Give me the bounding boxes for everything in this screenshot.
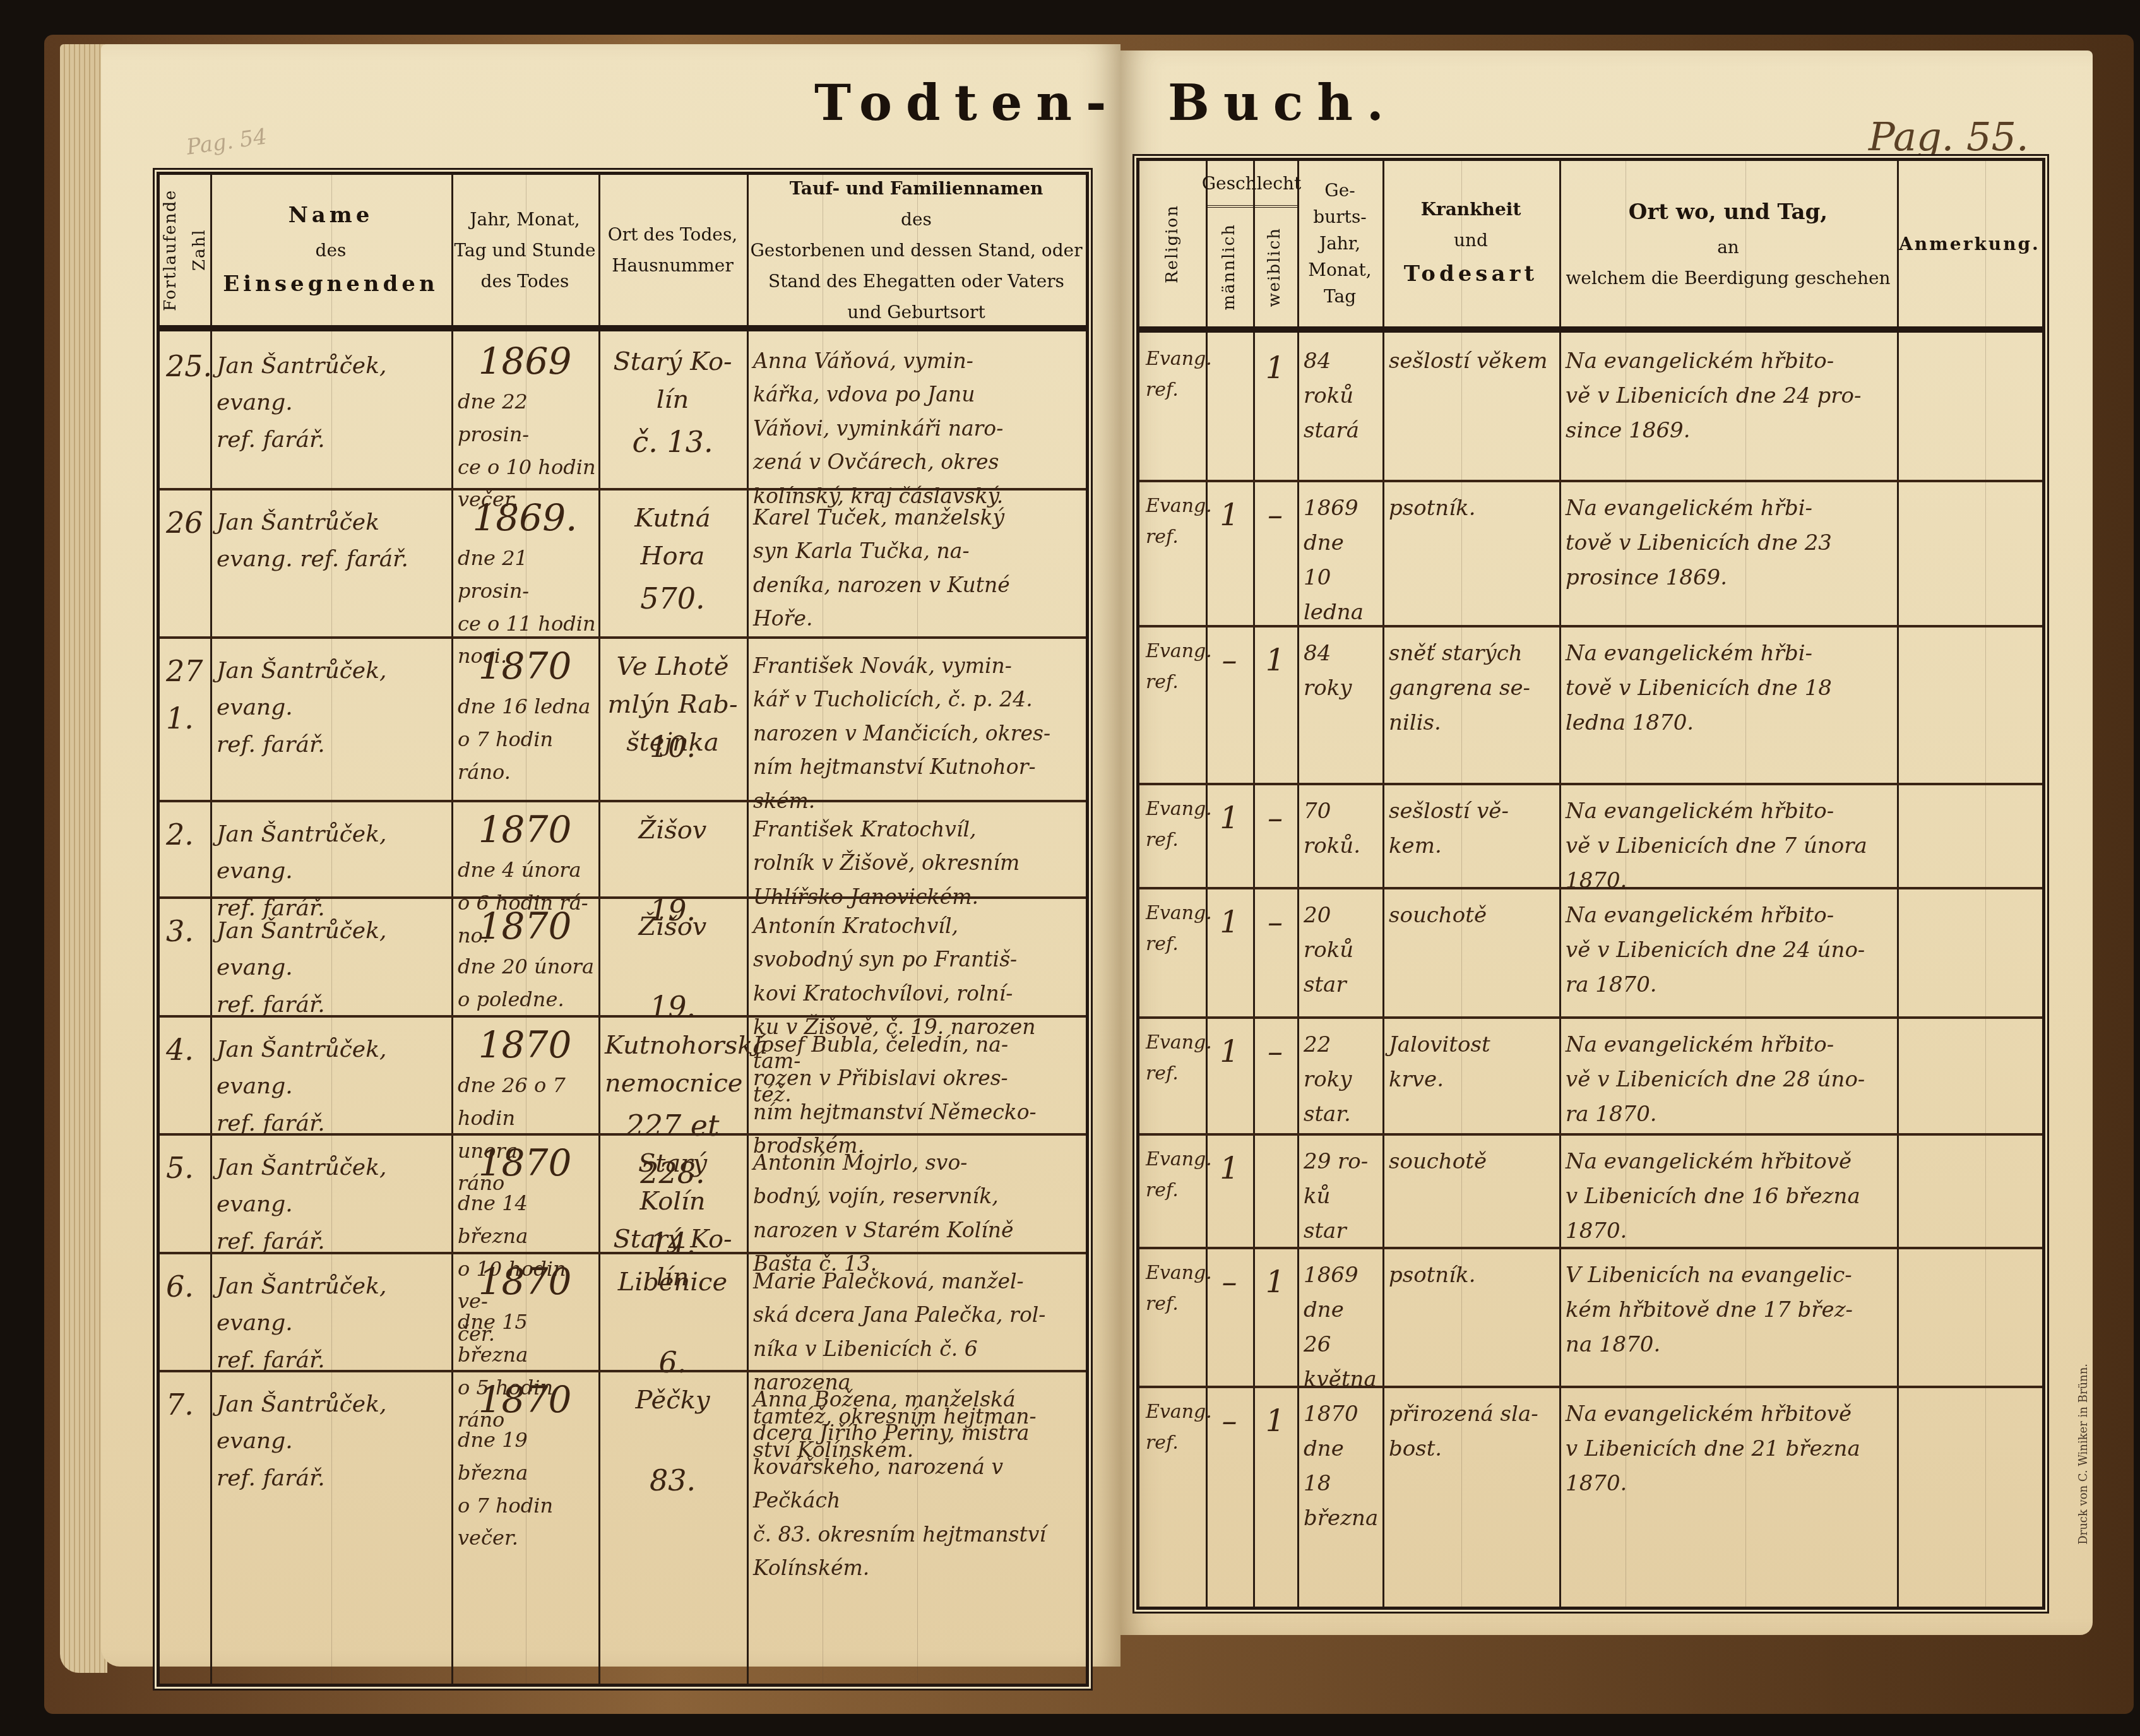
death-date: dne 20 února o poledne. [451,946,603,1021]
death-year: 1870 [451,900,598,953]
age: 1869 dne 26 května [1297,1253,1382,1402]
header-number: Fortlaufende Zahl [160,175,210,325]
header-age: Ge- burts- Jahr, Monat, Tag [1297,161,1382,326]
header-place: Ort des Todes, Hausnummer [598,175,747,325]
header-remarks-label: Anmerkung. [1899,229,2040,259]
header-religion-label: Religion [1158,205,1187,283]
header-remarks: Anmerkung. [1897,161,2042,326]
page-edges [60,44,107,1673]
entry-number: 4. [160,1021,210,1079]
sex-male: – [1206,1253,1253,1312]
header-date-line: Jahr, Monat, [470,204,580,235]
sex-male: 1 [1206,893,1253,953]
burial-place-date: Na evangelickém hřbito- vě v Libenicích … [1559,893,1897,1008]
header-religion: Religion [1139,161,1206,326]
sex-female: – [1253,486,1297,545]
cause-of-death: psotník. [1382,486,1559,531]
remarks [1897,789,2042,799]
sex-female: – [1253,1023,1297,1082]
deceased-description: František Kratochvíl, rolník v Žišově, o… [747,807,1086,919]
officiant-name: Jan Šantrůček, evang. ref. farář. [210,1381,453,1502]
left-register-table: Fortlaufende Zahl Name des Einsegnenden … [157,172,1089,1687]
row-divider [1139,887,2042,889]
header-names-line: und Geburtsort [847,297,985,328]
table-row [160,1015,1086,1016]
religion: Evang. ref. [1139,1139,1206,1211]
death-year: 1870 [451,1256,598,1308]
sex-female: 1 [1253,339,1297,398]
header-burial-line: Ort wo, und Tag, [1629,194,1828,232]
house-number: č. 13. [598,413,747,471]
header-rule [1139,326,2042,333]
officiant-name: Jan Šantrůček, evang. ref. farář. [210,343,453,463]
death-date: dne 19 března o 7 hodin večer. [451,1419,603,1560]
cause-of-death: souchotě [1382,893,1559,938]
age: 1869 dne 10 ledna [1297,486,1382,635]
cause-of-death: sešlostí vě- kem. [1382,789,1559,869]
header-cause-line: und [1454,225,1488,256]
cause-of-death: sněť starých gangrena se- nilis. [1382,631,1559,746]
officiant-name: Jan Šantrůček, evang. ref. farář. [210,1026,453,1147]
house-number: 83. [598,1452,747,1509]
row-divider [1139,625,2042,627]
death-year: 1869 [451,335,598,388]
table-row [160,1133,1086,1134]
header-male-label: männlich [1215,223,1244,311]
deceased-description: Anna Váňová, vymin- kářka, vdova po Janu… [747,339,1086,518]
cause-of-death: přirozená sla- bost. [1382,1392,1559,1471]
header-cause-line: Todesart [1404,256,1538,294]
header-officiant-title: Name [288,197,374,235]
entry-number: 7. [160,1376,210,1434]
death-place: Kutnohorská nemocnice [598,1021,747,1107]
row-divider [1139,480,2042,482]
entry-number: 26 [160,494,210,552]
row-divider [1139,1016,2042,1019]
burial-place-date: Na evangelickém hřbitově v Libenicích dn… [1559,1392,1897,1506]
age: 22 roky star. [1297,1023,1382,1137]
col-divider [1897,161,1899,1607]
sex-male: – [1206,1392,1253,1451]
burial-place-date: Na evangelickém hřbi- tově v Libenicích … [1559,631,1897,746]
officiant-name: Jan Šantrůček evang. ref. farář. [210,499,453,583]
death-year: 1870 [451,1374,598,1426]
sex-female: – [1253,893,1297,953]
cause-of-death: Jalovitost krve. [1382,1023,1559,1102]
printer-imprint: Druck von C. Winiker in Brünn. [2077,1364,2090,1545]
cause-of-death: psotník. [1382,1253,1559,1298]
header-age-line: Ge- [1324,177,1355,204]
death-year: 1870 [451,640,598,693]
death-place: Žišov [598,903,747,951]
religion: Evang. ref. [1139,1023,1206,1094]
religion: Evang. ref. [1139,339,1206,410]
header-age-line: burts- [1313,204,1366,230]
header-date: Jahr, Monat, Tag und Stunde des Todes [451,175,598,325]
title-right: Buch. [1168,74,1398,132]
sex-female [1253,1139,1297,1150]
cause-of-death: sešlostí věkem [1382,339,1559,384]
right-register-table: Religion Geschlecht männlich weiblich Ge… [1136,158,2045,1610]
death-place: Žišov [598,806,747,854]
header-sex: Geschlecht [1206,161,1297,208]
burial-place-date: Na evangelickém hřbito- vě v Libenicích … [1559,1023,1897,1137]
house-number: 570. [598,570,747,627]
col-divider [1206,161,1208,1607]
header-age-line: Tag [1324,283,1356,310]
officiant-name: Jan Šantrůček, evang. ref. farář. [210,908,453,1028]
table-row [160,1370,1086,1370]
burial-place-date: V Libenicích na evangelic- kém hřbitově … [1559,1253,1897,1367]
death-place: Libenice [598,1258,747,1306]
death-year: 1870 [451,1137,598,1189]
header-names-line: Tauf- und Familiennamen [790,173,1043,204]
sex-male [1206,339,1253,349]
header-female-label: weiblich [1261,227,1290,307]
header-officiant-sub: des [316,235,347,266]
table-row [160,1252,1086,1252]
header-names-line: des [901,204,932,235]
officiant-name: Jan Šantrůček, evang. ref. farář. [210,648,453,768]
header-burial-line: welchem die Beerdigung geschehen [1566,263,1890,294]
header-officiant-sub2: Einsegnenden [223,266,438,304]
age: 70 roků. [1297,789,1382,869]
age: 20 roků star [1297,893,1382,1008]
header-names: Tauf- und Familiennamen des Gestorbenen … [747,175,1086,325]
death-year: 1870 [451,1019,598,1071]
remarks [1897,1023,2042,1033]
row-divider [1139,1386,2042,1388]
table-row [160,331,1086,332]
sex-female: 1 [1253,631,1297,691]
sex-female: – [1253,789,1297,848]
header-female: weiblich [1253,208,1297,326]
burial-place-date: Na evangelickém hřbito- vě v Libenicích … [1559,339,1897,453]
burial-place-date: Na evangelickém hřbitově v Libenicích dn… [1559,1139,1897,1254]
header-names-line: Stand des Ehegatten oder Vaters [768,266,1064,297]
table-row [160,896,1086,897]
religion: Evang. ref. [1139,631,1206,703]
remarks [1897,486,2042,496]
header-cause-line: Krankheit [1421,194,1521,225]
header-age-line: Jahr, [1319,230,1360,257]
officiant-name: Jan Šantrůček, evang. ref. farář. [210,1263,453,1384]
house-number: 10. [598,718,747,776]
officiant-name: Jan Šantrůček, evang. ref. farář. [210,1144,453,1265]
header-officiant: Name des Einsegnenden [210,175,451,325]
remarks [1897,339,2042,349]
header-sex-label: Geschlecht [1202,168,1302,199]
entry-number: 27 1. [160,643,210,747]
header-place-line: Hausnummer [612,250,734,281]
remarks [1897,1253,2042,1263]
header-male: männlich [1206,208,1253,326]
sex-male: – [1206,631,1253,691]
sex-male: 1 [1206,789,1253,848]
entry-number: 6. [160,1258,210,1316]
entry-number: 3. [160,903,210,960]
deceased-description: František Novák, vymin- kář v Tucholicíc… [747,644,1086,823]
remarks [1897,631,2042,641]
table-row [160,488,1086,489]
religion: Evang. ref. [1139,893,1206,965]
header-number-label: Fortlaufende Zahl [157,175,214,325]
header-place-line: Ort des Todes, [608,219,737,250]
religion: Evang. ref. [1139,486,1206,557]
row-divider [1139,1133,2042,1136]
entry-number: 25. [160,338,210,395]
header-names-line: Gestorbenen und dessen Stand, oder [750,235,1082,266]
age: 84 roků stará [1297,339,1382,453]
header-date-line: Tag und Stunde [455,235,596,266]
entry-number: 2. [160,806,210,864]
header-rule [160,325,1086,331]
row-divider [1139,783,2042,785]
sex-female: 1 [1253,1392,1297,1451]
death-year: 1870 [451,804,598,856]
row-divider [1139,1247,2042,1249]
death-place: Kutná Hora [598,494,747,580]
sex-male: 1 [1206,1023,1253,1082]
remarks [1897,1139,2042,1150]
sex-male: 1 [1206,1139,1253,1199]
sex-male: 1 [1206,486,1253,545]
religion: Evang. ref. [1139,1392,1206,1463]
religion: Evang. ref. [1139,1253,1206,1324]
cause-of-death: souchotě [1382,1139,1559,1184]
age: 29 ro- ků star [1297,1139,1382,1254]
death-place: Pěčky [598,1376,747,1424]
title-left: Todten- [814,74,1120,132]
deceased-description: Anna Božena, manželská dcera Jiřího Peři… [747,1377,1086,1590]
age: 84 roky [1297,631,1382,711]
guide-line [1985,161,1986,1607]
deceased-description: Karel Tuček, manželský syn Karla Tučka, … [747,496,1086,641]
header-burial: Ort wo, und Tag, an welchem die Beerdigu… [1559,161,1897,326]
header-burial-line: an [1717,232,1739,263]
remarks [1897,893,2042,903]
table-row [160,800,1086,800]
religion: Evang. ref. [1139,789,1206,860]
header-date-line: des Todes [481,266,569,297]
burial-place-date: Na evangelickém hřbi- tově v Libenicích … [1559,486,1897,600]
age: 1870 dne 18 března [1297,1392,1382,1541]
table-row [160,636,1086,637]
death-date: dne 16 ledna o 7 hodin ráno. [451,686,603,794]
death-year: 1869. [451,492,598,544]
remarks [1897,1392,2042,1402]
sex-female: 1 [1253,1253,1297,1312]
death-place: Starý Ko- lín [598,338,747,424]
page-number: Pag. 55. [1869,114,2029,160]
header-cause: Krankheit und Todesart [1382,161,1559,326]
entry-number: 5. [160,1139,210,1197]
header-age-line: Monat, [1308,257,1371,283]
